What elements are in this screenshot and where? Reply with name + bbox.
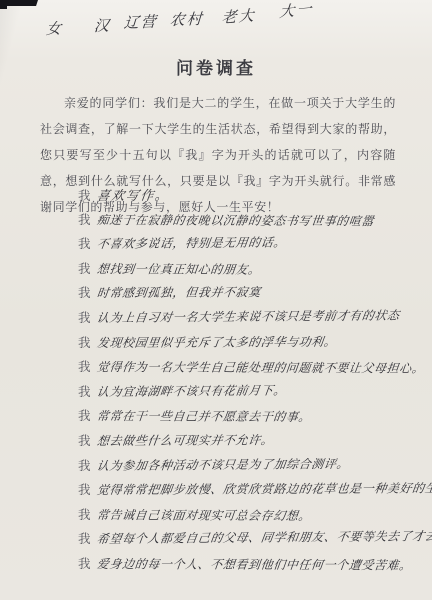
handwritten-sentence: 觉得作为一名大学生自己能处理的问题就不要让父母担心。: [96, 358, 425, 376]
scanned-questionnaire-page: 女 汉 辽营 农村 老大 大一 问卷调查 亲爱的同学们：我们是大二的学生，在做一…: [0, 0, 432, 600]
handwritten-sentence: 常常在干一些自己并不愿意去干的事。: [96, 407, 312, 425]
sentence-list: 我喜欢写作。 我痴迷于在寂静的夜晚以沉静的姿态书写世事的喧嚣 我不喜欢多说话，特…: [78, 185, 418, 579]
printed-prefix: 我: [78, 333, 91, 351]
note-gender: 女: [45, 17, 63, 39]
printed-prefix: 我: [78, 283, 91, 301]
printed-prefix: 我: [78, 529, 91, 547]
scan-artifact-corner: [0, 0, 7, 9]
sentence-row: 我喜欢写作。: [78, 185, 418, 210]
handwritten-sentence: 常告诫自己该面对现实可总会存幻想。: [96, 506, 312, 524]
sentence-row: 我想去做些什么可现实并不允许。: [78, 431, 418, 456]
printed-prefix: 我: [78, 382, 91, 400]
printed-prefix: 我: [78, 186, 91, 204]
handwritten-sentence: 时常感到孤独，但我并不寂寞: [96, 284, 262, 302]
handwritten-sentence: 认为宜海湖畔不该只有花前月下。: [95, 381, 286, 400]
printed-prefix: 我: [78, 234, 91, 252]
note-birth-order: 老大: [221, 4, 256, 28]
printed-prefix: 我: [78, 431, 91, 449]
sentence-row: 我认为参加各种活动不该只是为了加综合测评。: [78, 456, 418, 481]
handwritten-sentence: 不喜欢多说话，特别是无用的话。: [95, 234, 286, 253]
printed-prefix: 我: [78, 554, 91, 572]
sentence-row: 我常告诫自己该面对现实可总会存幻想。: [78, 505, 418, 530]
handwritten-sentence: 认为参加各种活动不该只是为了加综合测评。: [95, 454, 350, 473]
printed-prefix: 我: [78, 308, 91, 326]
sentence-row: 我觉得作为一名大学生自己能处理的问题就不要让父母担心。: [78, 357, 418, 382]
printed-prefix: 我: [78, 480, 91, 498]
sentence-row: 我发现校园里似乎充斥了太多的浮华与功利。: [78, 333, 418, 358]
sentence-row: 我常常在干一些自己并不愿意去干的事。: [78, 406, 418, 431]
printed-prefix: 我: [78, 406, 91, 424]
printed-prefix: 我: [78, 456, 91, 474]
printed-prefix: 我: [78, 259, 91, 277]
sentence-row: 我时常感到孤独，但我并不寂寞: [78, 283, 418, 308]
sentence-row: 我想找到一位真正知心的朋友。: [78, 259, 418, 284]
printed-prefix: 我: [78, 357, 91, 375]
demographic-notes: 女 汉 辽营 农村 老大 大一: [43, 0, 374, 41]
handwritten-sentence: 希望每个人都爱自己的父母、同学和朋友、不要等失去了才去珍惜: [95, 527, 432, 547]
note-ethnicity: 汉: [93, 14, 111, 36]
handwritten-sentence: 爱身边的每一个人、不想看到他们中任何一个遭受苦难。: [96, 555, 413, 573]
sentence-row: 我觉得常常把脚步放慢、欣赏欣赏路边的花草也是一种美好的生活。: [78, 480, 418, 505]
note-grade: 大一: [279, 0, 315, 22]
note-rural: 农村: [169, 8, 204, 30]
note-hometown: 辽营: [123, 11, 158, 33]
printed-prefix: 我: [78, 505, 91, 523]
handwritten-sentence: 认为上自习对一名大学生来说不该只是考前才有的状态: [95, 306, 400, 326]
sentence-row: 我认为宜海湖畔不该只有花前月下。: [78, 382, 418, 407]
handwritten-sentence: 痴迷于在寂静的夜晚以沉静的姿态书写世事的喧嚣: [96, 211, 375, 229]
handwritten-sentence: 想找到一位真正知心的朋友。: [96, 260, 262, 278]
sentence-row: 我不喜欢多说话，特别是无用的话。: [78, 234, 418, 259]
handwritten-sentence: 想去做些什么可现实并不允许。: [96, 431, 275, 449]
sentence-row: 我痴迷于在寂静的夜晚以沉静的姿态书写世事的喧嚣: [78, 210, 418, 235]
sentence-row: 我希望每个人都爱自己的父母、同学和朋友、不要等失去了才去珍惜: [78, 529, 418, 554]
handwritten-sentence: 觉得常常把脚步放慢、欣赏欣赏路边的花草也是一种美好的生活。: [96, 479, 432, 498]
handwritten-sentence: 发现校园里似乎充斥了太多的浮华与功利。: [96, 332, 338, 350]
sentence-row: 我认为上自习对一名大学生来说不该只是考前才有的状态: [78, 308, 418, 333]
page-title: 问卷调查: [0, 54, 432, 79]
sentence-row: 我爱身边的每一个人、不想看到他们中任何一个遭受苦难。: [78, 554, 418, 579]
printed-prefix: 我: [78, 210, 91, 228]
handwritten-sentence: 喜欢写作。: [95, 185, 170, 204]
